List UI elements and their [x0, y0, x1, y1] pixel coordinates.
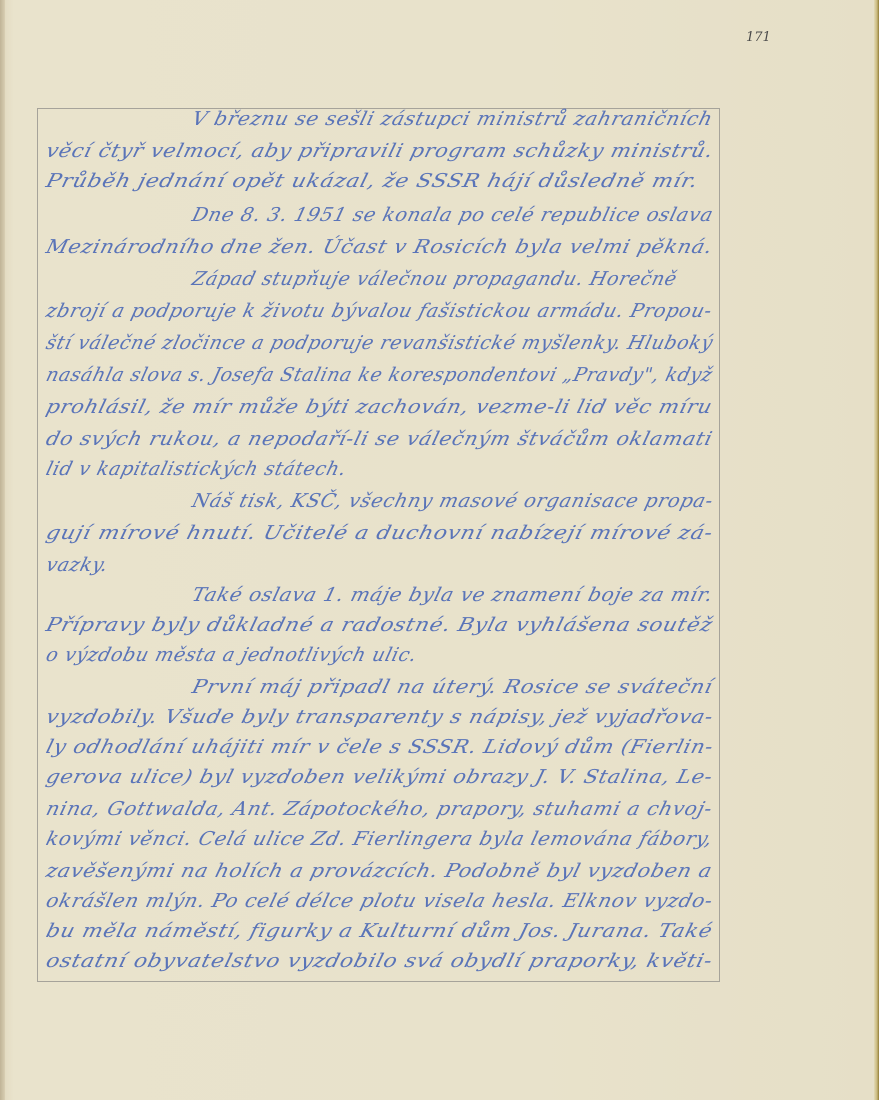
handwritten-line: Náš tisk, KSČ, všechny masové organisace…	[190, 492, 715, 511]
handwritten-line: kovými věnci. Celá ulice Zd. Fierlingera…	[44, 830, 714, 849]
handwritten-line: nasáhla slova s. Josefa Stalina ke kores…	[44, 366, 715, 385]
handwritten-line: vazky.	[44, 556, 110, 575]
handwritten-line: První máj připadl na úterý. Rosice se sv…	[190, 678, 715, 697]
handwritten-line: věcí čtyř velmocí, aby připravili progra…	[44, 142, 715, 161]
handwritten-line: do svých rukou, a nepodaří-li se válečný…	[44, 430, 715, 449]
handwritten-line: ostatní obyvatelstvo vyzdobilo svá obydl…	[44, 952, 714, 971]
handwritten-line: okrášlen mlýn. Po celé délce plotu visel…	[44, 892, 715, 911]
handwritten-line: Dne 8. 3. 1951 se konala po celé republi…	[190, 206, 715, 225]
handwritten-line: Průběh jednání opět ukázal, že SSSR hájí…	[44, 172, 700, 191]
handwritten-line: gují mírové hnutí. Učitelé a duchovní na…	[44, 524, 715, 543]
handwritten-line: gerova ulice) byl vyzdoben velikými obra…	[44, 768, 715, 787]
handwritten-line: zavěšenými na holích a provázcích. Podob…	[44, 862, 714, 881]
handwritten-line: vyzdobily. Všude byly transparenty s náp…	[44, 708, 715, 727]
page-number: 171	[746, 30, 771, 45]
handwritten-line: Přípravy byly důkladné a radostné. Byla …	[44, 616, 715, 635]
handwritten-line: o výzdobu města a jednotlivých ulic.	[44, 646, 419, 665]
handwritten-line: nina, Gottwalda, Ant. Zápotockého, prapo…	[44, 800, 714, 819]
page-edge	[874, 0, 879, 1100]
handwritten-line: ly odhodlání uhájiti mír v čele s SSSR. …	[44, 738, 715, 757]
handwritten-line: bu měla náměstí, figurky a Kulturní dům …	[44, 922, 714, 941]
handwritten-line: prohlásil, že mír může býti zachován, ve…	[44, 398, 714, 417]
handwritten-line: Také oslava 1. máje byla ve znamení boje…	[190, 586, 715, 605]
handwritten-line: zbrojí a podporuje k životu bývalou faši…	[44, 302, 714, 321]
chronicle-page: 171 V březnu se sešli zástupci ministrů …	[0, 0, 879, 1100]
handwritten-line: Mezinárodního dne žen. Účast v Rosicích …	[44, 238, 715, 257]
binding-spine	[0, 0, 5, 1100]
handwritten-line: Západ stupňuje válečnou propagandu. Hore…	[190, 270, 679, 289]
handwritten-line: V březnu se sešli zástupci ministrů zahr…	[190, 110, 715, 129]
handwritten-line: ští válečné zločince a podporuje revanši…	[44, 334, 715, 353]
handwritten-line: lid v kapitalistických státech.	[44, 460, 348, 479]
